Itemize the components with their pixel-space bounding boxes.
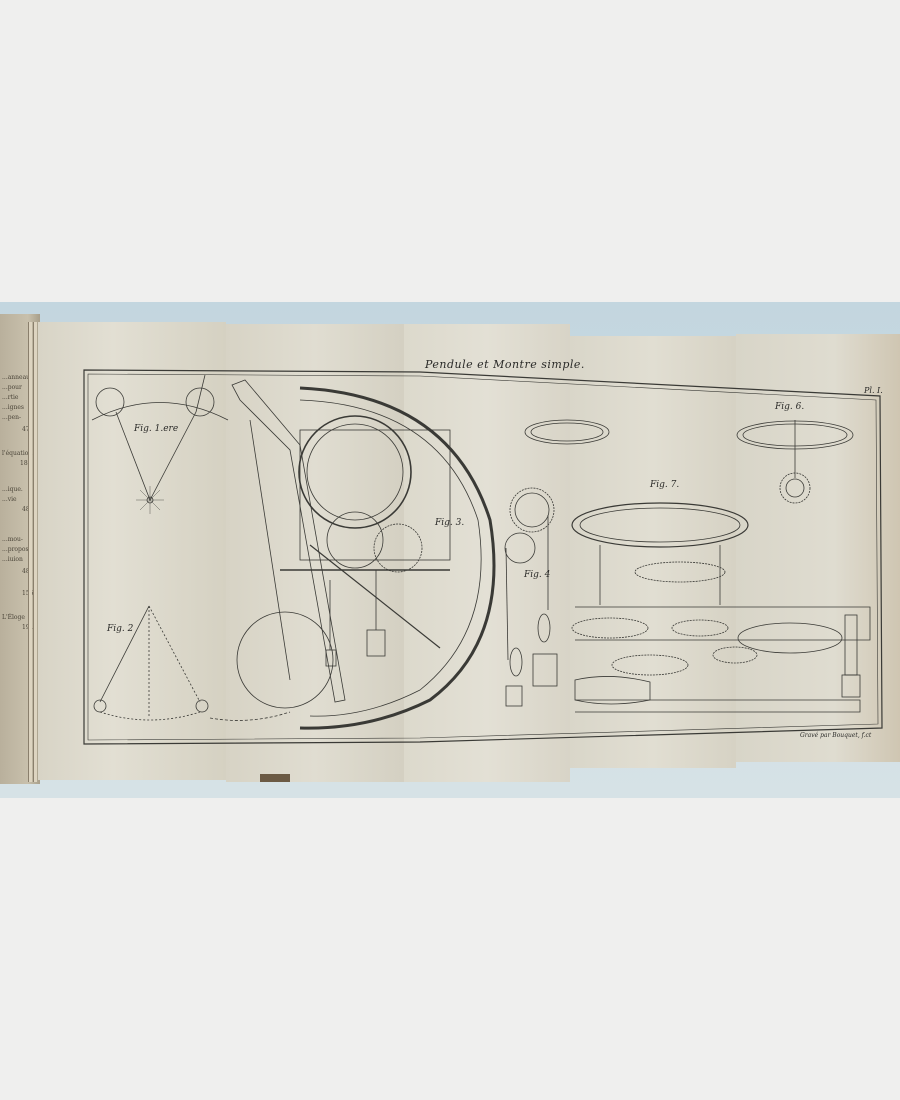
plate-title: Pendule et Montre simple. (425, 358, 585, 371)
engraving-linework (0, 0, 900, 1100)
fig2-label: Fig. 2 (107, 624, 133, 634)
fig4-label: Fig. 4 (524, 570, 550, 580)
fig3-label: Fig. 3. (435, 518, 464, 528)
fig7-label: Fig. 7. (650, 480, 679, 490)
fig1-label: Fig. 1.ere (134, 424, 178, 434)
engraver-credit: Gravé par Bouquet, f.ct (800, 732, 871, 739)
fig6-label: Fig. 6. (775, 402, 804, 412)
plate-number: Pl. I. (864, 386, 883, 395)
